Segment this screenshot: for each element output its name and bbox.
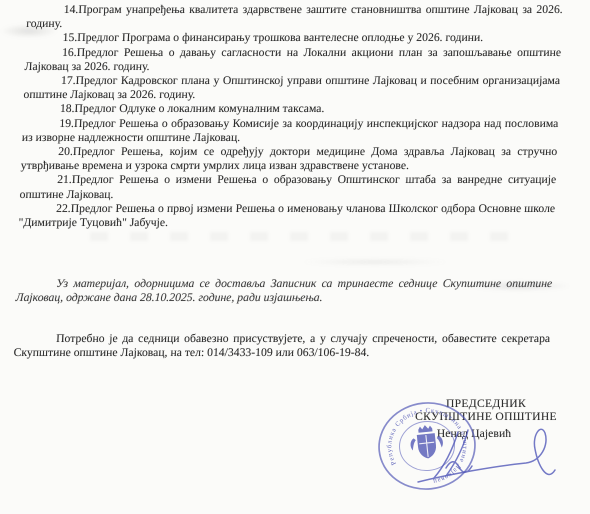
materials-note: Уз материјал, одорницима се доставља Зап… xyxy=(15,277,552,305)
agenda-item-15: 15.Предлог Програма о финансирању трошко… xyxy=(25,31,562,45)
agenda-item-14: 14.Програм унапређења квалитета здарвств… xyxy=(26,3,563,31)
agenda-item-22: 22.Предлог Решења о првој измени Решења … xyxy=(18,202,555,230)
agenda-item-20: 20.Предлог Решења, којим се одређују док… xyxy=(20,145,557,173)
document-body: 14.Програм унапређења квалитета здарвств… xyxy=(13,3,563,360)
agenda-item-21: 21.Предлог Решења о измени Решења о обра… xyxy=(19,173,556,201)
attendance-note: Потребно је да седници обавезно присуств… xyxy=(13,332,550,360)
document-page: 14.Програм унапређења квалитета здарвств… xyxy=(0,0,590,514)
agenda-item-16: 16.Предлог Решења о давању сагласности н… xyxy=(24,46,561,74)
handwritten-signature xyxy=(300,388,590,514)
agenda-item-17: 17.Предлог Кадровског плана у Општинској… xyxy=(23,74,560,102)
agenda-item-19: 19.Предлог Решења о образовању Комисије … xyxy=(22,117,559,145)
agenda-item-18: 18.Предлог Одлуке о локалним комуналним … xyxy=(23,102,560,116)
